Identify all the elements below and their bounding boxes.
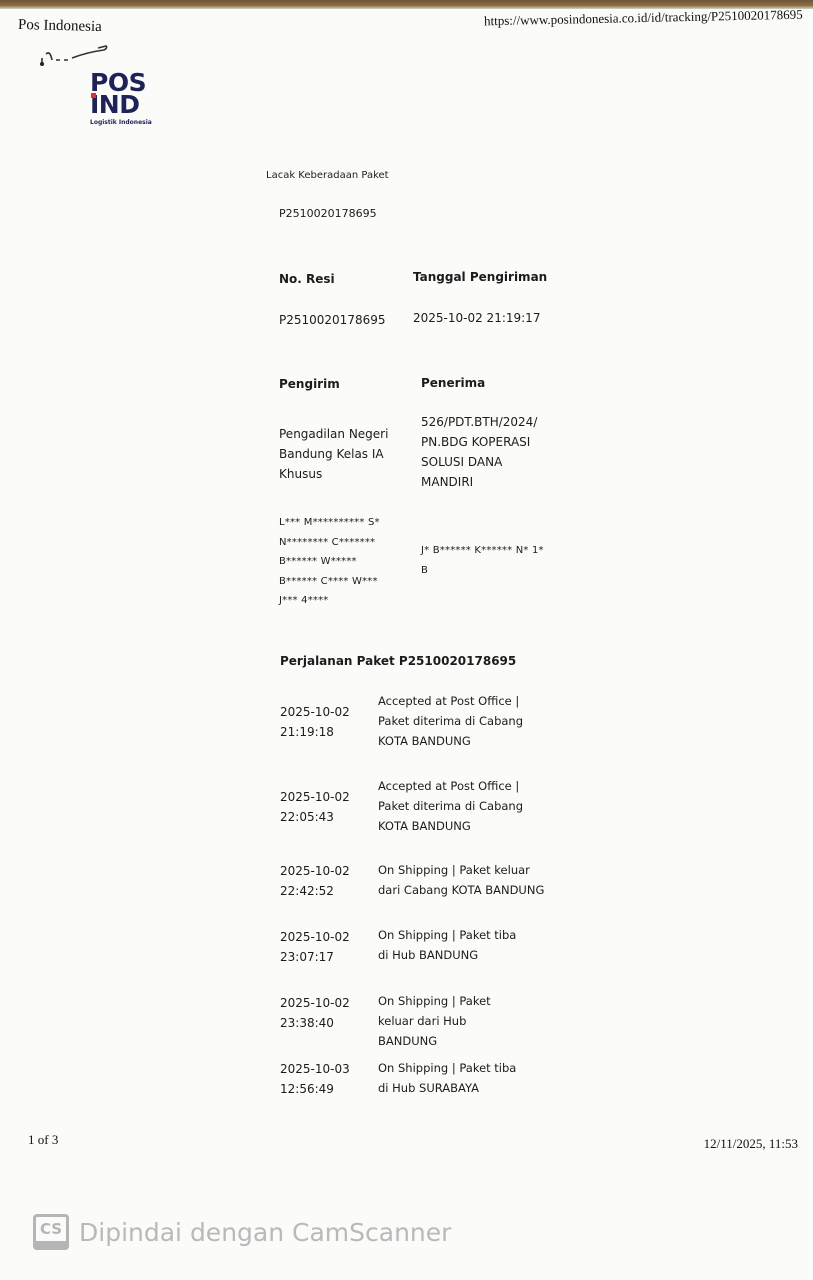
event-description: On Shipping | Paket tiba di Hub BANDUNG: [378, 925, 528, 965]
pos-indonesia-logo: POS IND Logistik Indonesia: [90, 72, 170, 126]
camscanner-watermark: CS Dipindai dengan CamScanner: [33, 1214, 451, 1250]
event-description: On Shipping | Paket keluar dari Cabang K…: [378, 860, 548, 900]
journey-title: Perjalanan Paket P2510020178695: [280, 651, 516, 671]
page-title: Lacak Keberadaan Paket: [266, 166, 389, 186]
receipt-label: No. Resi: [279, 269, 335, 289]
print-header-url: https://www.posindonesia.co.id/id/tracki…: [484, 7, 803, 30]
handwritten-scribble: [38, 42, 113, 68]
scan-edge: [0, 0, 813, 9]
event-datetime: 2025-10-0222:05:43: [280, 787, 370, 827]
event-datetime: 2025-10-0222:42:52: [280, 861, 370, 901]
logo-red-dot: [91, 93, 96, 98]
sender-name: Pengadilan Negeri Bandung Kelas IA Khusu…: [279, 424, 394, 484]
print-timestamp: 12/11/2025, 11:53: [704, 1136, 798, 1152]
watermark-text: Dipindai dengan CamScanner: [79, 1218, 451, 1247]
ship-date-label: Tanggal Pengiriman: [413, 267, 547, 287]
sender-label: Pengirim: [279, 374, 340, 394]
event-description: On Shipping | Paket keluar dari Hub BAND…: [378, 991, 528, 1051]
event-datetime: 2025-10-0312:56:49: [280, 1059, 370, 1099]
recipient-label: Penerima: [421, 373, 485, 393]
event-datetime: 2025-10-0223:38:40: [280, 993, 370, 1033]
event-datetime: 2025-10-0221:19:18: [280, 702, 370, 742]
recipient-name: 526/PDT.BTH/2024/ PN.BDG KOPERASI SOLUSI…: [421, 412, 541, 492]
print-header-site: Pos Indonesia: [18, 17, 102, 36]
logo-ind-text: IND: [90, 90, 139, 119]
event-description: On Shipping | Paket tiba di Hub SURABAYA: [378, 1058, 528, 1098]
event-description: Accepted at Post Office | Paket diterima…: [378, 691, 553, 751]
recipient-address: J* B****** K****** N* 1* B: [421, 541, 546, 580]
event-datetime: 2025-10-0223:07:17: [280, 927, 370, 967]
logo-line-ind: IND: [90, 94, 170, 116]
ship-date-value: 2025-10-02 21:19:17: [413, 308, 540, 328]
event-description: Accepted at Post Office | Paket diterima…: [378, 776, 553, 836]
print-page-number: 1 of 3: [28, 1132, 58, 1148]
receipt-value: P2510020178695: [279, 310, 386, 330]
logo-tagline: Logistik Indonesia: [90, 119, 170, 126]
camscanner-logo-icon: CS: [33, 1214, 69, 1250]
tracking-number-query: P2510020178695: [279, 204, 377, 224]
sender-address: L*** M********** S* N******** C******* B…: [279, 513, 391, 611]
